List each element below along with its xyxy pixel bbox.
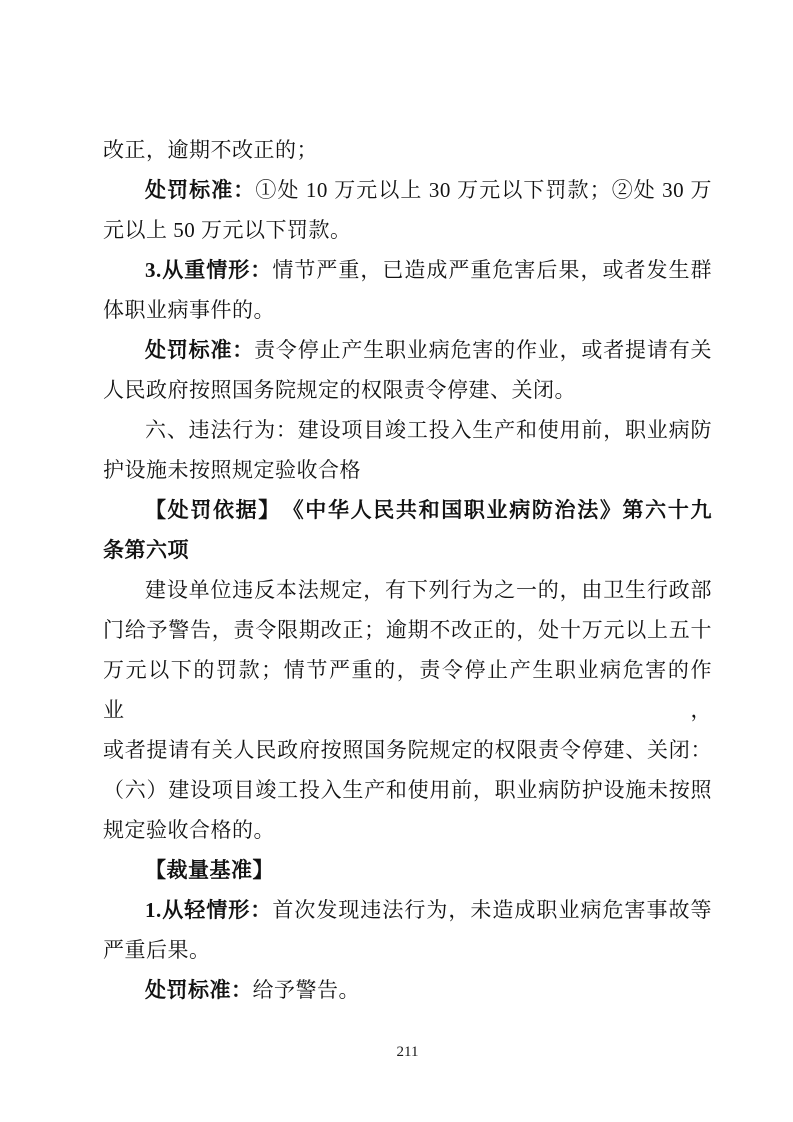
text-segment: 六、违法行为：建设项目竣工投入生产和使用前，职业病防 (145, 418, 712, 442)
text-segment: 责令停止产生职业病危害的作业，或者提请有关 (254, 338, 712, 362)
text-segment: 给予警告。 (253, 978, 361, 1002)
text-line: 元以上 50 万元以下罚款。 (103, 210, 712, 250)
bold-text-segment: 处罚标准： (145, 338, 254, 362)
text-segment: （六）建设项目竣工投入生产和使用前，职业病防护设施未按照 (103, 778, 712, 802)
text-line: 人民政府按照国务院规定的权限责令停建、关闭。 (103, 370, 712, 410)
text-segment: 规定验收合格的。 (103, 818, 275, 842)
text-segment: 首次发现违法行为，未造成职业病危害事故等 (272, 898, 712, 922)
bold-text-segment: 处罚标准： (145, 978, 253, 1002)
text-segment: 建设单位违反本法规定，有下列行为之一的，由卫生行政部 (145, 578, 712, 602)
text-line: 规定验收合格的。 (103, 810, 712, 850)
text-segment: ①处 10 万元以上 30 万元以下罚款；②处 30 万 (255, 178, 712, 202)
text-segment: 护设施未按照规定验收合格 (103, 458, 361, 482)
text-line: 建设单位违反本法规定，有下列行为之一的，由卫生行政部 (103, 570, 712, 610)
bold-text-segment: 1.从轻情形： (145, 898, 272, 922)
text-line: （六）建设项目竣工投入生产和使用前，职业病防护设施未按照 (103, 770, 712, 810)
text-segment: 万元以下的罚款；情节严重的，责令停止产生职业病危害的作业， (103, 658, 712, 722)
bold-text-segment: 3.从重情形： (145, 258, 272, 282)
text-segment: 人民政府按照国务院规定的权限责令停建、关闭。 (103, 378, 576, 402)
text-line: 护设施未按照规定验收合格 (103, 450, 712, 490)
page-number: 211 (103, 1042, 712, 1062)
bold-text-segment: 【处罚依据】 《中华人民共和国职业病防治法》第六十九 (145, 498, 712, 522)
text-segment: 元以上 50 万元以下罚款。 (103, 218, 352, 242)
text-segment: 情节严重，已造成严重危害后果，或者发生群 (272, 258, 712, 282)
document-page: 改正，逾期不改正的；处罚标准：①处 10 万元以上 30 万元以下罚款；②处 3… (0, 0, 793, 1122)
text-line: 条第六项 (103, 530, 712, 570)
text-line: 【处罚依据】 《中华人民共和国职业病防治法》第六十九 (103, 490, 712, 530)
text-line: 门给予警告，责令限期改正；逾期不改正的，处十万元以上五十 (103, 610, 712, 650)
text-line: 处罚标准：①处 10 万元以上 30 万元以下罚款；②处 30 万 (103, 170, 712, 210)
text-line: 严重后果。 (103, 930, 712, 970)
text-line: 3.从重情形：情节严重，已造成严重危害后果，或者发生群 (103, 250, 712, 290)
text-line: 改正，逾期不改正的； (103, 130, 712, 170)
text-segment: 体职业病事件的。 (103, 298, 275, 322)
text-segment: 或者提请有关人民政府按照国务院规定的权限责令停建、关闭： (103, 738, 712, 762)
text-line: 1.从轻情形：首次发现违法行为，未造成职业病危害事故等 (103, 890, 712, 930)
document-body: 改正，逾期不改正的；处罚标准：①处 10 万元以上 30 万元以下罚款；②处 3… (103, 130, 712, 1010)
text-segment: 严重后果。 (103, 938, 211, 962)
text-segment: 门给予警告，责令限期改正；逾期不改正的，处十万元以上五十 (103, 618, 712, 642)
bold-text-segment: 【裁量基准】 (145, 858, 274, 882)
bold-text-segment: 条第六项 (103, 538, 189, 562)
text-line: 【裁量基准】 (103, 850, 712, 890)
text-line: 万元以下的罚款；情节严重的，责令停止产生职业病危害的作业， (103, 650, 712, 730)
text-line: 六、违法行为：建设项目竣工投入生产和使用前，职业病防 (103, 410, 712, 450)
text-segment: 改正，逾期不改正的； (103, 138, 318, 162)
bold-text-segment: 处罚标准： (145, 178, 255, 202)
text-line: 体职业病事件的。 (103, 290, 712, 330)
text-line: 或者提请有关人民政府按照国务院规定的权限责令停建、关闭： (103, 730, 712, 770)
text-line: 处罚标准：责令停止产生职业病危害的作业，或者提请有关 (103, 330, 712, 370)
text-line: 处罚标准：给予警告。 (103, 970, 712, 1010)
